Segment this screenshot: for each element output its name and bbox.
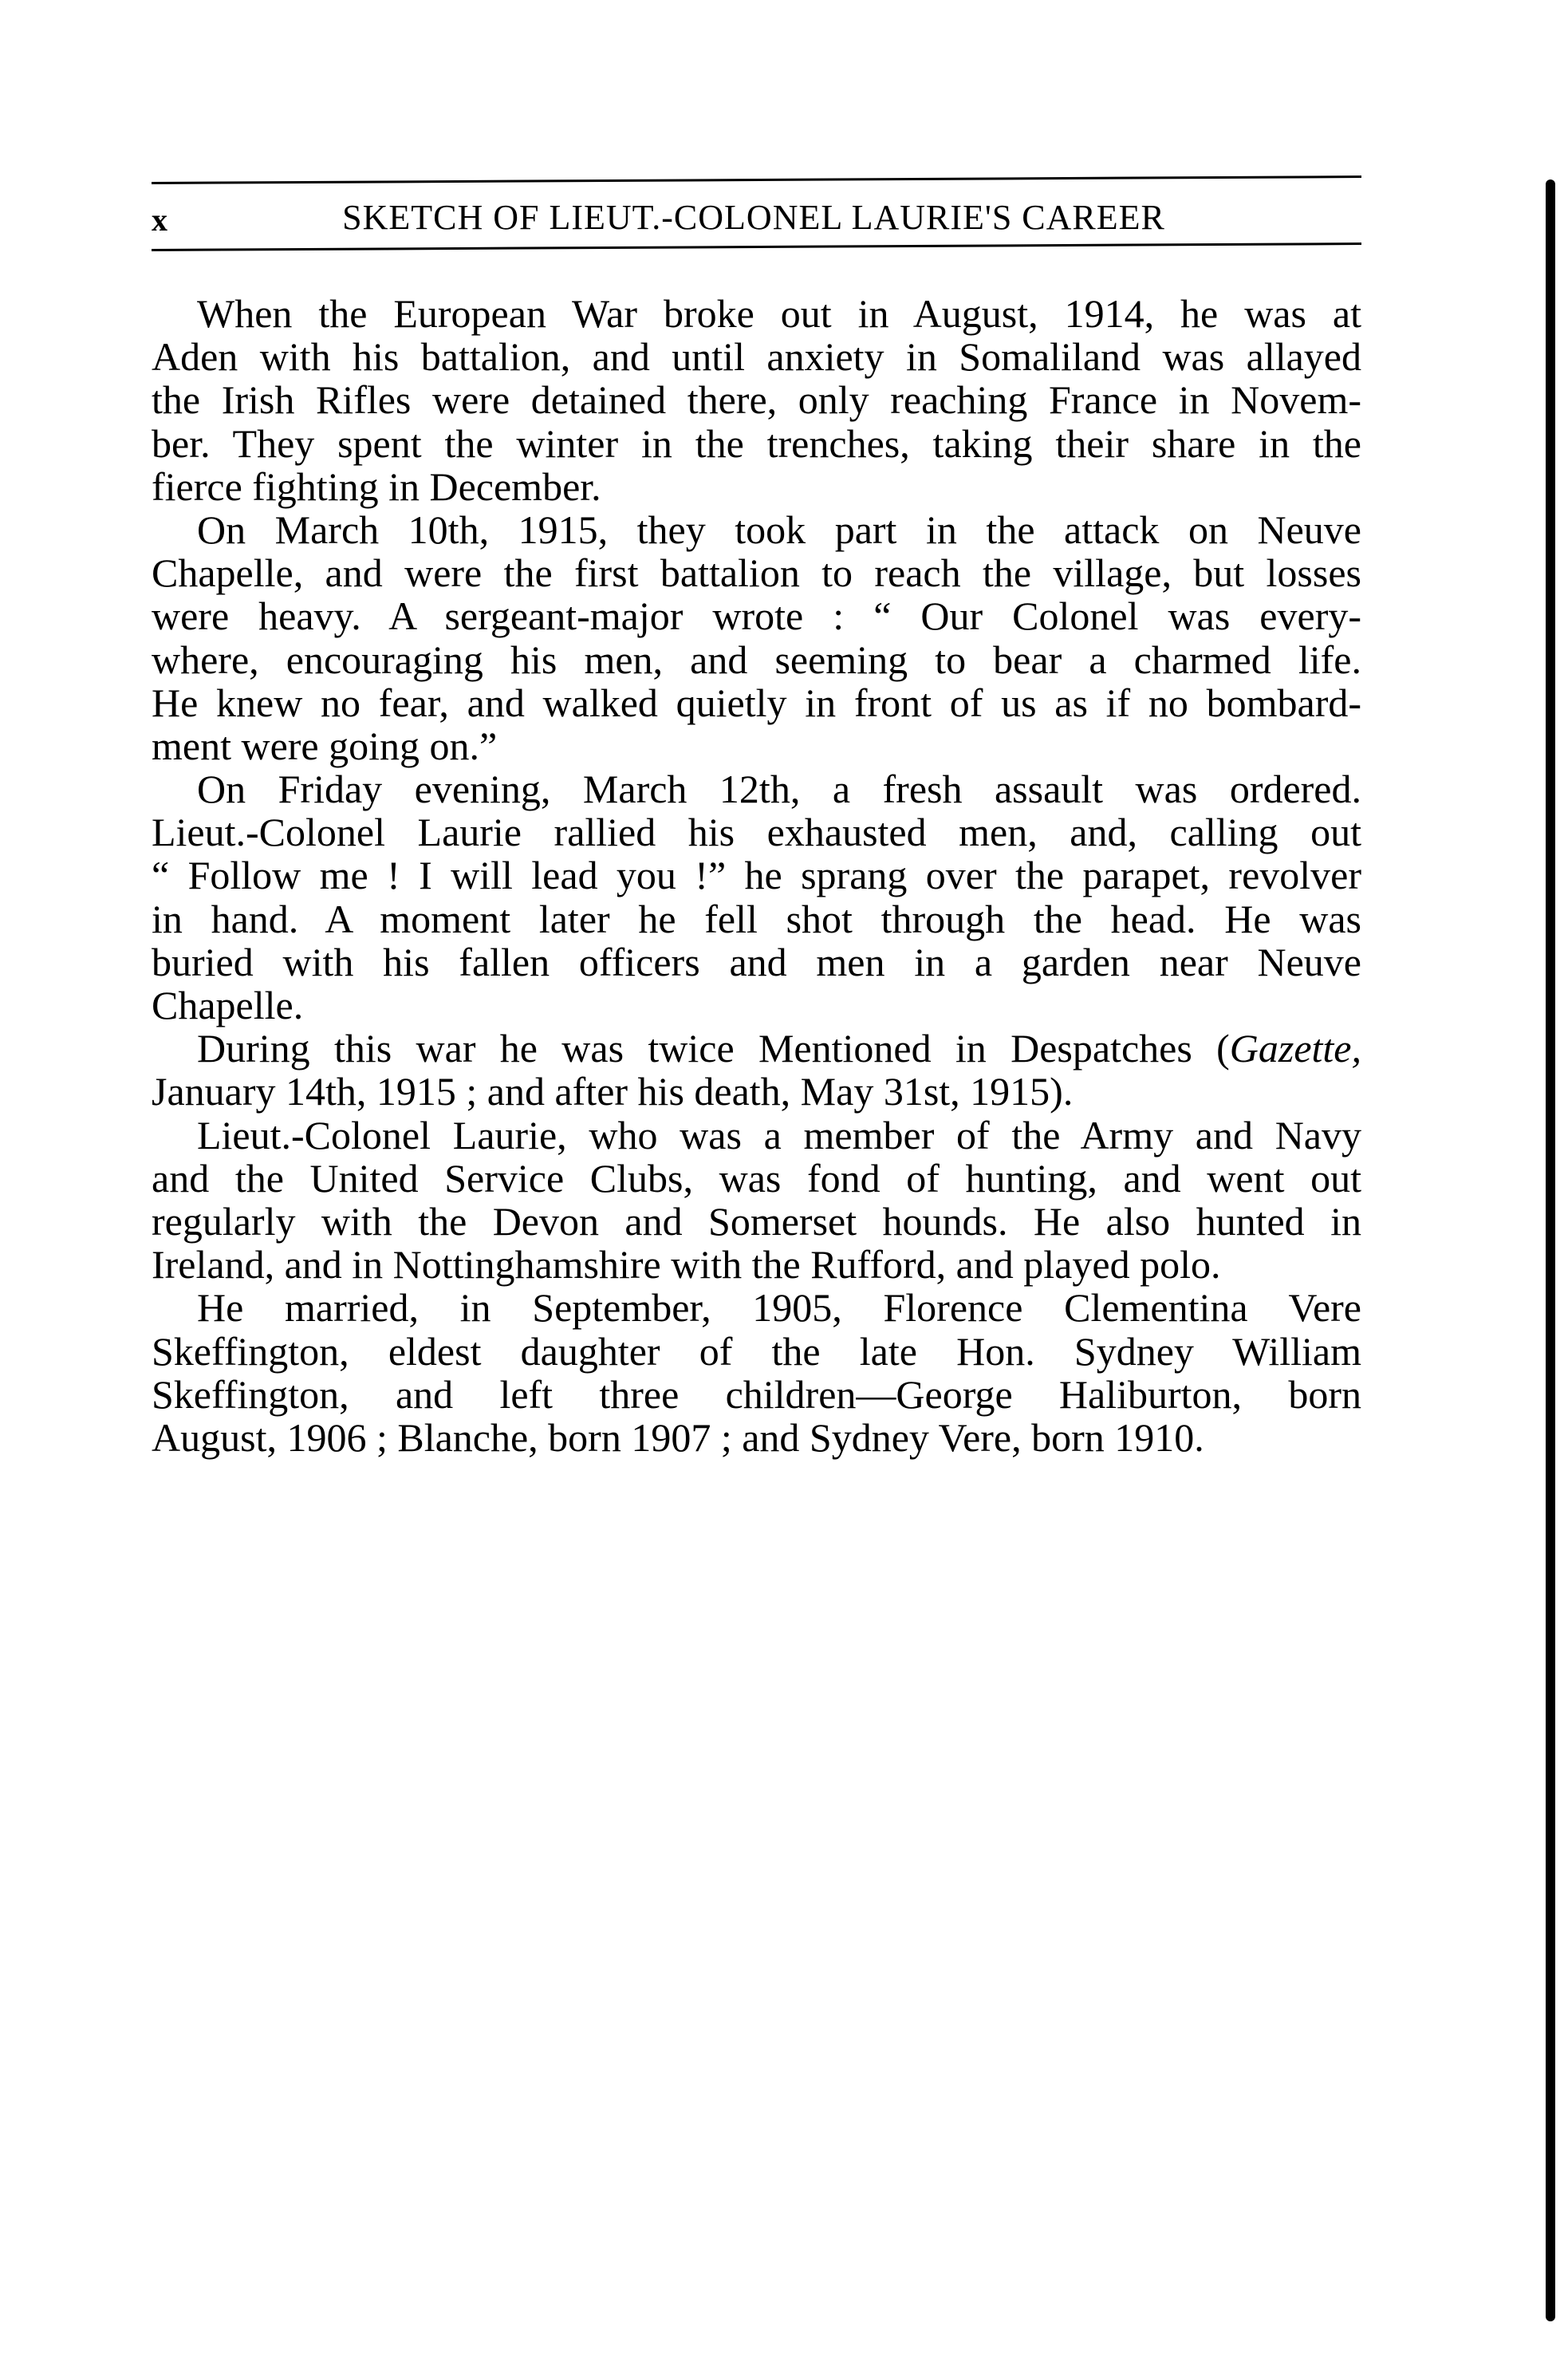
text-line: and the United Service Clubs, was fond o… [152, 1157, 1361, 1200]
text-line: Lieut.-Colonel Laurie, who was a member … [152, 1114, 1361, 1157]
text-line: buried with his fallen officers and men … [152, 941, 1361, 984]
text-line: in hand. A moment later he fell shot thr… [152, 897, 1361, 941]
header-bottom-rule [152, 243, 1361, 251]
text-run: During this war he was twice Mentioned i… [197, 1026, 1230, 1071]
text-line: During this war he was twice Mentioned i… [152, 1027, 1361, 1070]
text-line: fierce fighting in December. [152, 465, 1361, 508]
text-line: regularly with the Devon and Somerset ho… [152, 1200, 1361, 1243]
running-head: x SKETCH OF LIEUT.-COLONEL LAURIE'S CARE… [152, 182, 1361, 250]
text-line: Aden with his battalion, and until anxie… [152, 335, 1361, 378]
text-line: Ireland, and in Nottinghamshire with the… [152, 1243, 1361, 1286]
text-line: January 14th, 1915 ; and after his death… [152, 1070, 1361, 1113]
text-line: He knew no fear, and walked quietly in f… [152, 681, 1361, 724]
paragraph-despatches: During this war he was twice Mentioned i… [152, 1027, 1361, 1113]
text-line: Lieut.-Colonel Laurie rallied his exhaus… [152, 810, 1361, 854]
page-number: x [152, 203, 167, 238]
text-line: “ Follow me ! I will lead you !” he spra… [152, 854, 1361, 897]
text-line: ber. They spent the winter in the trench… [152, 422, 1361, 465]
text-line: Chapelle, and were the first battalion t… [152, 551, 1361, 594]
text-line: Skeffington, eldest daughter of the late… [152, 1330, 1361, 1373]
text-line: August, 1906 ; Blanche, born 1907 ; and … [152, 1416, 1361, 1459]
text-line: When the European War broke out in Augus… [152, 292, 1361, 335]
text-line: the Irish Rifles were detained there, on… [152, 378, 1361, 421]
paragraph-war-outbreak: When the European War broke out in Augus… [152, 292, 1361, 508]
paragraph-marriage-family: He married, in September, 1905, Florence… [152, 1286, 1361, 1459]
text-line: ment were going on.” [152, 724, 1361, 767]
gazette-italic: Gazette, [1230, 1026, 1361, 1071]
text-line: Skeffington, and left three children—Geo… [152, 1373, 1361, 1416]
text-line: were heavy. A sergeant-major wrote : “ O… [152, 594, 1361, 637]
running-head-title: SKETCH OF LIEUT.-COLONEL LAURIE'S CAREER [305, 198, 1202, 238]
paragraph-fresh-assault: On Friday evening, March 12th, a fresh a… [152, 767, 1361, 1027]
text-line: where, encouraging his men, and seeming … [152, 638, 1361, 681]
paragraph-neuve-chapelle: On March 10th, 1915, they took part in t… [152, 508, 1361, 767]
text-line: He married, in September, 1905, Florence… [152, 1286, 1361, 1329]
page-edge-shadow [1546, 179, 1555, 2321]
body-text: When the European War broke out in Augus… [152, 292, 1361, 1459]
header-top-rule [152, 175, 1361, 184]
text-line: On Friday evening, March 12th, a fresh a… [152, 767, 1361, 810]
paragraph-clubs-hunting: Lieut.-Colonel Laurie, who was a member … [152, 1114, 1361, 1287]
text-line: On March 10th, 1915, they took part in t… [152, 508, 1361, 551]
text-line: Chapelle. [152, 984, 1361, 1027]
